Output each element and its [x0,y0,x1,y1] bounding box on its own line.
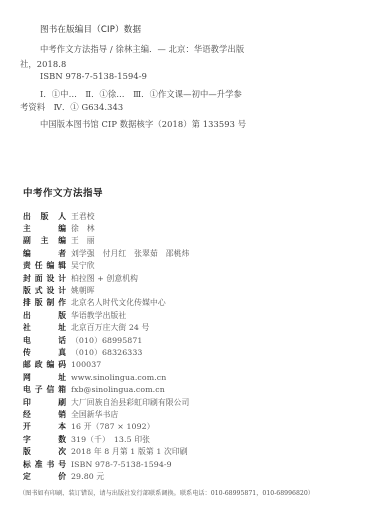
credit-value: 姚朝晖 [71,285,95,296]
credit-value: （010）68995871 [71,335,142,346]
credit-label-char: 真 [58,347,66,358]
credit-label-char: 版 [23,446,31,457]
credit-label: 开本 [23,421,66,432]
credit-row: 主编徐 林 [23,222,189,234]
footnote: （图书如有印刷、装订错误，请与出版社发行部联系调换。联系电话：010-68995… [19,488,314,497]
credit-value: 29.80 元 [71,471,104,482]
credit-row: 网址www.sinolingua.com.cn [23,371,189,383]
credit-label: 传真 [23,347,66,358]
credit-label-char: 次 [58,446,66,457]
credit-label-char: 政 [35,359,43,370]
credit-row: 传真（010）68326333 [23,346,189,358]
credit-label-char: 式 [35,285,43,296]
credit-label-char: 印 [23,397,31,408]
credit-label-char: 编 [46,359,54,370]
credit-label-char: 设 [46,285,54,296]
credit-label-char: 标 [23,459,31,470]
credit-row: 电子信箱fxb@sinolingua.com.cn [23,383,189,395]
credit-row: 标准书号ISBN 978-7-5138-1594-9 [23,458,189,470]
credit-value: 王 丽 [71,235,95,246]
credit-value: www.sinolingua.com.cn [71,373,166,382]
credit-row: 封面设计柏拉图 + 创意机构 [23,272,189,284]
credit-value: 北京名人时代文化传媒中心 [71,297,166,308]
credit-label: 标准书号 [23,459,66,470]
credit-label-char: 主 [23,223,31,234]
credit-row: 责任编辑吴宁欣 [23,260,189,272]
credit-value: 徐 林 [71,223,95,234]
credit-label-char: 版 [23,285,31,296]
credit-label-char: 辑 [58,260,66,271]
credit-label: 出版 [23,310,66,321]
credit-label-char: 编 [58,235,66,246]
credit-label-char: 编 [46,260,54,271]
credit-label-char: 面 [35,273,43,284]
credit-value: 大厂回族自治县彩虹印刷有限公司 [71,397,189,408]
credit-label-char: 版 [35,297,43,308]
credit-value: 吴宁欣 [71,260,95,271]
credit-value: （010）68326333 [71,347,142,358]
credit-label: 排版制作 [23,297,66,308]
credit-label-char: 开 [23,421,31,432]
credit-row: 编者刘学强 付月红 张翠茹 邵桃炜 [23,247,189,259]
credit-label-char: 码 [58,359,66,370]
credit-label-char: 主 [41,235,49,246]
credit-row: 出版华语教学出版社 [23,309,189,321]
credit-label-char: 号 [58,459,66,470]
credit-label-char: 定 [23,471,31,482]
credit-label: 邮政编码 [23,359,66,370]
credit-label-char: 人 [58,211,66,222]
credit-label-char: 址 [58,322,66,333]
credit-label: 编者 [23,248,66,259]
credit-label-char: 责 [23,260,31,271]
credit-label-char: 计 [58,285,66,296]
credit-label: 责任编辑 [23,260,66,271]
credit-row: 排版制作北京名人时代文化传媒中心 [23,297,189,309]
credit-label-char: 封 [23,273,31,284]
credit-label: 字数 [23,434,66,445]
credit-row: 社址北京百万庄大街 24 号 [23,322,189,334]
credit-label-char: 准 [35,459,43,470]
credit-label-char: 者 [58,248,66,259]
cip-line-subjects: Ⅰ．①中… Ⅱ．①徐… Ⅲ．①作文课—初中—升学参 [40,88,242,100]
credit-label-char: 经 [23,409,31,420]
credit-label: 封面设计 [23,273,66,284]
credit-label: 经销 [23,409,66,420]
cip-line-publisher: 社，2018.8 [20,58,66,70]
credit-label-char: 计 [58,273,66,284]
credit-label-char: 网 [23,372,31,383]
credit-label: 电子信箱 [23,384,66,395]
credit-row: 经销全国新华书店 [23,408,189,420]
credit-value: 100037 [71,360,101,369]
credit-label-char: 作 [58,297,66,308]
credit-label-char: 编 [58,223,66,234]
credit-label-char: 副 [23,235,31,246]
credit-label: 出版人 [23,211,66,222]
credit-value: ISBN 978-7-5138-1594-9 [71,460,172,469]
credit-value: 柏拉图 + 创意机构 [71,273,138,284]
credit-label-char: 话 [58,335,66,346]
credit-label: 网址 [23,372,66,383]
credit-label-char: 版 [58,310,66,321]
credit-label-char: 信 [46,384,54,395]
credit-label-char: 编 [23,248,31,259]
cip-heading: 图书在版编目（CIP）数据 [40,23,141,35]
credit-label-char: 书 [46,459,54,470]
credit-row: 电话（010）68995871 [23,334,189,346]
credit-value: 319（千） 13.5 印张 [71,434,150,445]
credit-label-char: 出 [23,310,31,321]
credit-value: 王君校 [71,211,95,222]
credit-value: fxb@sinolingua.com.cn [71,385,165,394]
credit-label: 电话 [23,335,66,346]
cip-line-record-number: 中国版本图书馆 CIP 数据核字（2018）第 133593 号 [40,118,246,130]
credit-label-char: 价 [58,471,66,482]
credit-row: 版式设计姚朝晖 [23,284,189,296]
credit-label-char: 址 [58,372,66,383]
credit-label-char: 电 [23,335,31,346]
credit-label-char: 版 [41,211,49,222]
credit-value: 刘学强 付月红 张翠茹 邵桃炜 [71,248,189,259]
credit-label: 定价 [23,471,66,482]
credit-label-char: 箱 [58,384,66,395]
cip-line-classification: 考资料 Ⅳ．① G634.343 [20,101,123,113]
credit-label-char: 任 [35,260,43,271]
credit-label: 主编 [23,223,66,234]
credit-label-char: 字 [23,434,31,445]
credit-row: 印刷大厂回族自治县彩虹印刷有限公司 [23,396,189,408]
credit-label-char: 社 [23,322,31,333]
credit-value: 2018 年 8 月第 1 版第 1 次印刷 [71,446,188,457]
credit-label-char: 制 [46,297,54,308]
credit-row: 出版人王君校 [23,210,189,222]
credit-label-char: 子 [35,384,43,395]
credit-label: 印刷 [23,397,66,408]
credit-label-char: 传 [23,347,31,358]
credit-label: 副主编 [23,235,66,246]
credit-row: 定价29.80 元 [23,470,189,482]
credit-row: 字数319（千） 13.5 印张 [23,433,189,445]
credit-label-char: 销 [58,409,66,420]
credits-list: 出版人王君校主编徐 林副主编王 丽编者刘学强 付月红 张翠茹 邵桃炜责任编辑吴宁… [23,210,189,483]
credit-label-char: 出 [23,211,31,222]
credit-value: 16 开（787 × 1092） [71,421,155,432]
cip-line-title: 中考作文方法指导 / 徐林主编．— 北京：华语教学出版 [40,43,244,55]
credit-label-char: 数 [58,434,66,445]
book-title: 中考作文方法指导 [23,185,103,199]
credit-value: 北京百万庄大街 24 号 [71,322,149,333]
credit-label-char: 邮 [23,359,31,370]
credit-row: 版次2018 年 8 月第 1 版第 1 次印刷 [23,445,189,457]
credit-row: 邮政编码100037 [23,359,189,371]
credit-label-char: 排 [23,297,31,308]
credit-label-char: 电 [23,384,31,395]
credit-label-char: 设 [46,273,54,284]
credit-row: 副主编王 丽 [23,235,189,247]
credit-label-char: 刷 [58,397,66,408]
credit-label: 版次 [23,446,66,457]
credit-value: 华语教学出版社 [71,310,126,321]
credit-value: 全国新华书店 [71,409,118,420]
credit-label-char: 本 [58,421,66,432]
credit-label: 社址 [23,322,66,333]
credit-label: 版式设计 [23,285,66,296]
cip-line-isbn: ISBN 978-7-5138-1594-9 [40,71,147,81]
credit-row: 开本16 开（787 × 1092） [23,421,189,433]
